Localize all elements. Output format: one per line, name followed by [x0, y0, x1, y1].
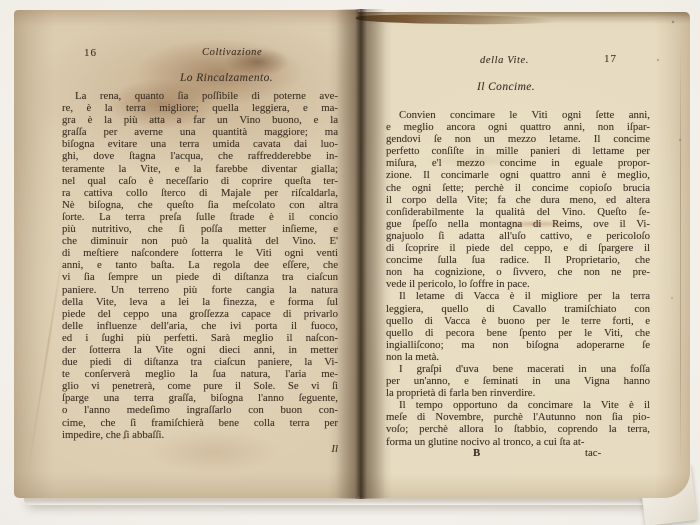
text-line: glio vi penetrerà, come pure il Sole. Se…	[62, 380, 338, 392]
fore-edge-line	[680, 42, 681, 472]
text-line: gnajuolo ſi adatta all'uſo cattivo, e pe…	[386, 230, 650, 242]
text-line: meſe di Novembre, purchè l'Autunno non ſ…	[386, 411, 650, 423]
text-line: della Vite, leva a lei la finezza, e for…	[62, 296, 338, 308]
text-line: voſo; perchè allora lo ſtabbio, coprendo…	[386, 423, 650, 435]
text-line: Nè biſogna, che queſto ſia meſcolato con…	[62, 199, 338, 211]
text-line: leggiera, quello di Cavallo tramiſchiato…	[386, 303, 650, 315]
right-page-text: Convien concimare le Viti ogni ſette ann…	[386, 109, 650, 448]
text-line: ſparge una terra graſſa, biſogna l'anno …	[62, 392, 338, 404]
text-line: paniere. Un terreno più forte cangia la …	[62, 284, 338, 296]
text-line: vi ſia ſempre un piede di diſtanza tra c…	[62, 271, 338, 283]
text-line: ſorte. La terra preſa ſulle ſtrade è il …	[62, 211, 338, 223]
text-line: teramente la Vite, e la farebbe diventar…	[62, 163, 338, 175]
catchword-right: tac-	[585, 447, 601, 459]
running-header-left: Coltivazione	[202, 47, 262, 58]
paragraph: La rena, quanto ſia poſſibile di poterne…	[62, 90, 338, 441]
text-line: gendovi ſe non un mezzo letame. Il conci…	[386, 133, 650, 145]
left-page: 16 Coltivazione Lo Rincalzamento. La ren…	[14, 10, 358, 498]
text-line: la proprietà di farla ben rinverdire.	[386, 387, 650, 399]
running-header-right: della Vite.	[480, 55, 529, 66]
text-line: ghi, dove ſtagna l'acqua, che raffredder…	[62, 150, 338, 162]
text-line: o l'anno medeſimo ingraſſarlo con buon c…	[62, 404, 338, 416]
text-line: vede il pericolo, lo ſoffre in pace.	[386, 278, 650, 290]
paragraph: Convien concimare le Viti ogni ſette ann…	[386, 109, 650, 290]
text-line: non la metà.	[386, 351, 650, 363]
text-line: perfetto conſiſte in mille panieri di le…	[386, 145, 650, 157]
page-number-right: 17	[604, 53, 617, 65]
text-line: più nutritivo, che ſi poſſa metter inſie…	[62, 223, 338, 235]
text-line: gra è la più atta a far un Vino buono, e…	[62, 114, 338, 126]
section-heading-right: Il Concime.	[477, 81, 535, 93]
text-line: quello di Vacca è buono per le terre for…	[386, 315, 650, 327]
text-line: di meſtiere naſcondere ſotterra le Viti …	[62, 247, 338, 259]
text-line: piede del ceppo una groſſezza capace di …	[62, 308, 338, 320]
text-line: che diminuir non può la qualità del Vino…	[62, 235, 338, 247]
text-line: te conſerverà meglio la ſua natura, l'ar…	[62, 368, 338, 380]
text-line: ed i ſughi più perfetti. Sarà meglio il …	[62, 332, 338, 344]
text-line: delle influenze dell'aria, che ivi porta…	[62, 320, 338, 332]
catchword-left: Il	[62, 443, 343, 455]
text-line: cime, che ſi framiſchierà bene colla ter…	[62, 417, 338, 429]
text-line: Il tempo opportuno da concimare la Vite …	[386, 399, 650, 411]
text-line: ingialliſcono; ma non biſogna adoperarne…	[386, 339, 650, 351]
paragraph: Il letame di Vacca è il migliore per la …	[386, 290, 650, 363]
right-page: della Vite. 17 Il Concime. Convien conci…	[358, 12, 690, 498]
text-line: impedire, che ſi abbaſſi.	[62, 429, 338, 441]
text-line: ra cattiva collo ſterco di Majale per ri…	[62, 187, 338, 199]
left-page-text: La rena, quanto ſia poſſibile di poterne…	[62, 90, 338, 441]
text-line: biſogna evitare una terra umida cavata d…	[62, 138, 338, 150]
photo-background: { "colors": { "background": "#f4f1ec", "…	[0, 0, 700, 525]
text-line: non ha cognizione, o ſivvero, che non ne…	[386, 266, 650, 278]
text-line: gue ſpeſſo nella montagna di Reims, ove …	[386, 218, 650, 230]
text-line: anni, e tanto baſta. La regola dee eſſer…	[62, 259, 338, 271]
open-book: 16 Coltivazione Lo Rincalzamento. La ren…	[14, 9, 690, 501]
signature-mark: B	[473, 447, 481, 459]
text-line: il corpo della Vite; fa che dura meno, e…	[386, 194, 650, 206]
text-line: forma un glutine nocivo al tronco, a cui…	[386, 436, 650, 448]
text-line: e meglio ancora ogni quattro anni, non i…	[386, 121, 650, 133]
paragraph: I graſpi d'uva bene macerati in una foſſ…	[386, 363, 650, 399]
text-line: nel qual caſo è neceſſario di coprire qu…	[62, 175, 338, 187]
paragraph: Il tempo opportuno da concimare la Vite …	[386, 399, 650, 447]
signature-line: B tac-	[386, 447, 650, 460]
text-line: La rena, quanto ſia poſſibile di poterne…	[62, 90, 338, 102]
text-line: miſura, e'l mezzo concime in eguale prop…	[386, 157, 650, 169]
text-line: per un'anno, e ſeminati in una Vigna han…	[386, 375, 650, 387]
text-line: I graſpi d'uva bene macerati in una foſſ…	[386, 363, 650, 375]
text-line: due piedi di diſtanza tra ciaſcun panier…	[62, 356, 338, 368]
section-heading-left: Lo Rincalzamento.	[180, 72, 273, 84]
text-line: conſiderabilmente la qualità del Vino. Q…	[386, 206, 650, 218]
text-line: che ogni ſette; perchè il concime copioſ…	[386, 182, 650, 194]
text-line: re, è la terra migliore; quella leggiera…	[62, 102, 338, 114]
text-line: Convien concimare le Viti ogni ſette ann…	[386, 109, 650, 121]
text-line: der ſotterra la Vite ogni dieci anni, in…	[62, 344, 338, 356]
text-line: di ſcoprire il piede del ceppo, e di ſpa…	[386, 242, 650, 254]
text-line: zione. Il concimarle ogni quattro anni è…	[386, 169, 650, 181]
text-line: concime ſulla ſua radice. Il Proprietari…	[386, 254, 650, 266]
text-line: graſſa per averne una quantità maggiore;…	[62, 126, 338, 138]
page-number-left: 16	[84, 47, 97, 59]
page-crease	[24, 241, 65, 488]
text-line: quello di pecora bene ſpento per le Viti…	[386, 327, 650, 339]
text-line: Il letame di Vacca è il migliore per la …	[386, 290, 650, 302]
